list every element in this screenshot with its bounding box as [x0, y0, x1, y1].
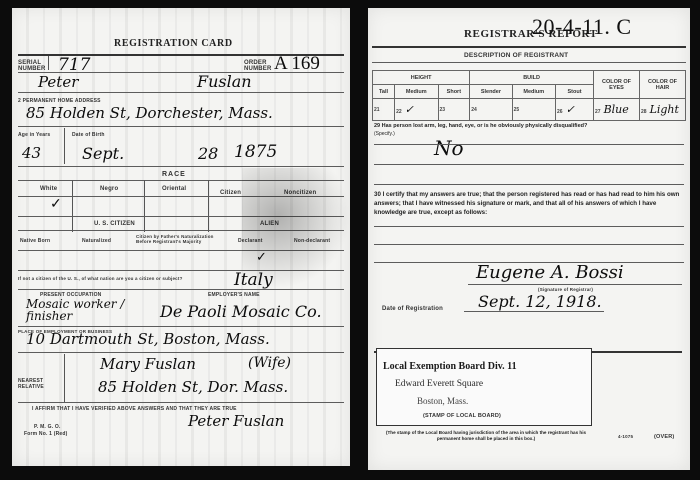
dob-month: Sept.: [82, 144, 124, 163]
divider: [18, 326, 344, 327]
divider: [72, 180, 73, 232]
alien-col-nondeclarant: Non-declarant: [294, 238, 330, 244]
divider: [18, 270, 344, 271]
divider: [64, 354, 65, 402]
build-slender-cell: 24: [470, 99, 512, 121]
description-table: HEIGHT BUILD COLOR OF EYES COLOR OF HAIR…: [372, 70, 686, 121]
build-stout-cell: 26✓: [556, 99, 594, 121]
race-heading: RACE: [162, 171, 186, 178]
divider: [18, 180, 344, 181]
registrant-signature: Peter Fuslan: [188, 412, 284, 430]
build-col-stout: Stout: [556, 85, 594, 99]
occupation-value: Mosaic worker / finisher: [26, 298, 126, 322]
order-number-label: ORDER NUMBER: [244, 60, 266, 72]
divider: [18, 230, 344, 231]
local-board-stamp-box: Local Exemption Board Div. 11 Edward Eve…: [376, 348, 592, 426]
employer-value: De Paoli Mosaic Co.: [160, 302, 322, 321]
stamped-serial-number: 20-4-11. C: [532, 14, 632, 40]
eye-color-value: Blue: [604, 103, 629, 116]
divider: [374, 164, 684, 165]
build-stout-checkmark: ✓: [566, 103, 575, 116]
stamp-board-city: Boston, Mass.: [417, 396, 468, 406]
build-col-slender: Slender: [470, 85, 512, 99]
divider: [64, 128, 65, 164]
height-medium-cell: 22✓: [395, 99, 438, 121]
divider: [18, 352, 344, 353]
question-29-specify: (Specify.): [374, 130, 395, 139]
description-heading: DESCRIPTION OF REGISTRANT: [464, 52, 568, 59]
divider: [372, 62, 686, 63]
signature-line: [468, 284, 682, 285]
eye-color-heading: COLOR OF EYES: [594, 71, 640, 99]
employment-address-value: 10 Dartmouth St, Boston, Mass.: [26, 330, 270, 348]
divider: [208, 180, 209, 232]
form-code: 4-1075: [618, 434, 633, 439]
nation-value: Italy: [234, 270, 273, 290]
height-medium-checkmark: ✓: [405, 103, 414, 116]
eye-color-cell: 27Blue: [594, 99, 640, 121]
height-tall-cell: 21: [373, 99, 395, 121]
divider: [18, 289, 344, 290]
dob-label: Date of Birth: [72, 132, 105, 138]
divider: [18, 250, 344, 251]
divider: [18, 402, 344, 403]
divider: [18, 166, 344, 167]
stamp-board-name: Local Exemption Board Div. 11: [383, 361, 517, 372]
race-col-negro: Negro: [100, 186, 118, 192]
registration-card-back: REGISTRAR'S REPORT 20-4-11. C DESCRIPTIO…: [368, 8, 690, 470]
registrar-signature: Eugene A. Bossi: [476, 262, 624, 283]
divider: [18, 126, 344, 127]
card-title: REGISTRATION CARD: [114, 38, 233, 49]
alien-col-declarant: Declarant: [238, 238, 263, 244]
divider: [374, 144, 684, 145]
height-col-tall: Tall: [373, 85, 395, 99]
registrant-last-name: Fuslan: [197, 72, 252, 91]
divider: [144, 180, 145, 232]
build-heading: BUILD: [470, 71, 594, 85]
height-short-cell: 23: [438, 99, 470, 121]
race-col-oriental: Oriental: [162, 186, 186, 192]
over-label: (OVER): [654, 434, 674, 440]
citizen-col-native: Native Born: [20, 238, 50, 244]
certification-text: 30 I certify that my answers are true; t…: [374, 190, 682, 217]
citizen-col-naturalized: Naturalized: [82, 238, 111, 244]
divider: [372, 46, 686, 48]
alien-heading: ALIEN: [260, 221, 279, 227]
alien-declarant-checkmark: ✓: [256, 250, 267, 265]
build-col-medium: Medium: [512, 85, 555, 99]
height-col-medium: Medium: [395, 85, 438, 99]
hair-color-heading: COLOR OF HAIR: [640, 71, 686, 99]
relative-address: 85 Holden St, Dor. Mass.: [98, 378, 288, 396]
date-of-registration-value: Sept. 12, 1918.: [478, 292, 602, 311]
form-id-line2: Form No. 1 (Red): [24, 431, 67, 437]
relative-name: Mary Fuslan: [100, 355, 196, 373]
age-label: Age in Years: [18, 132, 50, 138]
employer-label: EMPLOYER'S NAME: [208, 292, 260, 298]
divider: [374, 226, 684, 227]
question-29-text: 29 Has person lost arm, leg, hand, eye, …: [374, 122, 587, 131]
stamp-caption: (STAMP OF LOCAL BOARD): [423, 413, 501, 419]
divider: [18, 196, 344, 197]
registration-card-front: REGISTRATION CARD SERIAL NUMBER 717 ORDE…: [12, 8, 350, 466]
registrant-first-name: Peter: [38, 73, 78, 91]
us-citizen-heading: U. S. CITIZEN: [94, 221, 135, 227]
age-value: 43: [22, 144, 41, 162]
nearest-relative-label: NEAREST RELATIVE: [18, 378, 58, 390]
race-col-white: White: [40, 186, 57, 192]
divider: [18, 216, 344, 217]
hair-color-value: Light: [650, 103, 679, 116]
hair-color-cell: 28Light: [640, 99, 686, 121]
serial-number-label: SERIAL NUMBER: [18, 60, 40, 72]
date-of-registration-label: Date of Registration: [382, 306, 443, 312]
date-line: [464, 311, 604, 312]
stamp-instruction-note: (The stamp of the Local Board having jur…: [378, 430, 594, 442]
question-29-answer: No: [434, 136, 464, 160]
race-white-checkmark: ✓: [50, 196, 62, 212]
divider: [48, 56, 49, 70]
build-medium-cell: 25: [512, 99, 555, 121]
nation-label: If not a citizen of the U. S., of what n…: [18, 276, 183, 281]
dob-day: 28: [198, 144, 218, 163]
relative-relation: (Wife): [248, 355, 291, 371]
form-id-line1: P. M. G. O.: [34, 424, 61, 430]
dob-year: 1875: [234, 142, 277, 162]
divider: [374, 184, 684, 185]
divider: [18, 92, 344, 93]
divider: [374, 244, 684, 245]
home-address-value: 85 Holden St, Dorchester, Mass.: [26, 104, 273, 122]
stamp-board-street: Edward Everett Square: [395, 379, 483, 389]
height-col-short: Short: [438, 85, 470, 99]
height-heading: HEIGHT: [373, 71, 470, 85]
citizen-col-by-father: Citizen by Father's Naturalization Befor…: [136, 234, 222, 244]
